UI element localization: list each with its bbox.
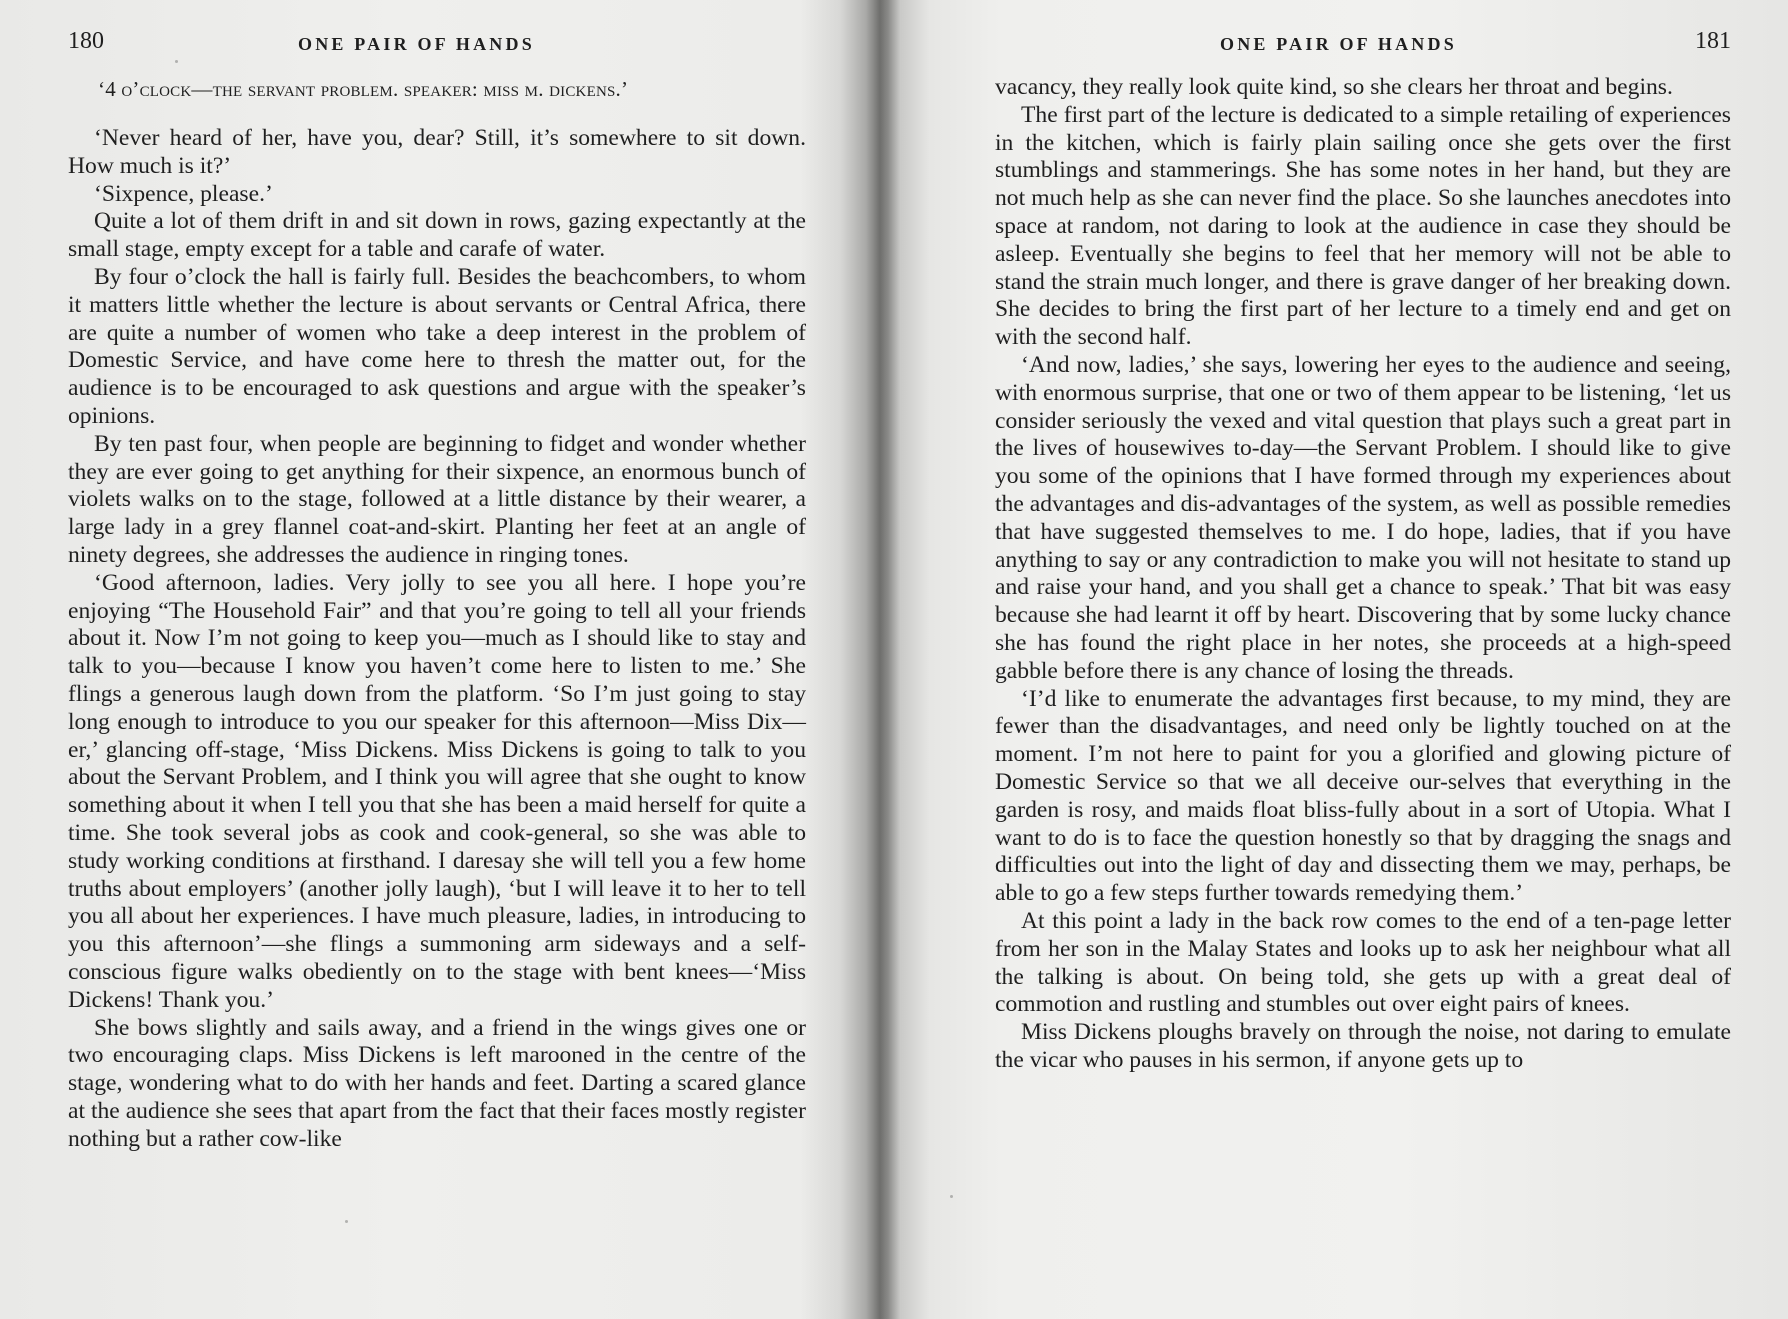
left-page: 180 ONE PAIR OF HANDS ‘4 o’clock—the ser… [68, 0, 806, 1319]
paragraph: ‘Sixpence, please.’ [68, 181, 806, 209]
book-spread: 180 ONE PAIR OF HANDS ‘4 o’clock—the ser… [0, 0, 1788, 1319]
page-number: 181 [1695, 28, 1731, 55]
right-page-header: ONE PAIR OF HANDS 181 [995, 28, 1731, 62]
notice-heading: ‘4 o’clock—the servant problem. speaker:… [98, 77, 628, 102]
right-page-body: vacancy, they really look quite kind, so… [995, 74, 1731, 1075]
paragraph: At this point a lady in the back row com… [995, 908, 1731, 1019]
left-page-body: ‘Never heard of her, have you, dear? Sti… [68, 125, 806, 1153]
paragraph: By ten past four, when people are beginn… [68, 431, 806, 570]
paper-speck [950, 1195, 953, 1198]
paragraph: ‘And now, ladies,’ she says, lowering he… [995, 352, 1731, 686]
paragraph: The first part of the lecture is dedicat… [995, 102, 1731, 352]
right-page: ONE PAIR OF HANDS 181 vacancy, they real… [995, 0, 1731, 1319]
running-head: ONE PAIR OF HANDS [1220, 34, 1457, 55]
paragraph: She bows slightly and sails away, and a … [68, 1015, 806, 1154]
running-head: ONE PAIR OF HANDS [298, 34, 535, 55]
paragraph: By four o’clock the hall is fairly full.… [68, 264, 806, 431]
paragraph: Quite a lot of them drift in and sit dow… [68, 208, 806, 264]
left-page-header: 180 ONE PAIR OF HANDS [68, 28, 806, 62]
paragraph: ‘I’d like to enumerate the advantages fi… [995, 686, 1731, 908]
paragraph: ‘Good afternoon, ladies. Very jolly to s… [68, 570, 806, 1015]
continued-paragraph: vacancy, they really look quite kind, so… [995, 74, 1731, 102]
paragraph: ‘Never heard of her, have you, dear? Sti… [68, 125, 806, 181]
page-number: 180 [68, 28, 104, 55]
paragraph: Miss Dickens ploughs bravely on through … [995, 1019, 1731, 1075]
